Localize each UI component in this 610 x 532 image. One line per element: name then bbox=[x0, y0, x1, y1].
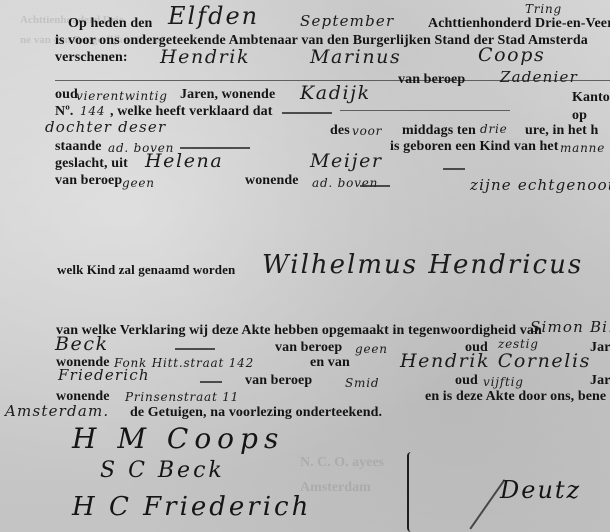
fill-dash bbox=[180, 147, 250, 149]
handwritten-note-right: zijne echtgenoote bbox=[470, 176, 610, 194]
handwritten-witness2-occupation: Smid bbox=[345, 376, 379, 390]
handwritten-house-number: 144 bbox=[80, 104, 105, 118]
handwritten-hour: drie bbox=[480, 122, 508, 136]
printed-staande: staande bbox=[55, 139, 102, 155]
handwritten-father-address: Kadijk bbox=[300, 82, 371, 104]
printed-wonende-2: wonende bbox=[245, 173, 299, 189]
handwritten-father-first-name: Hendrik bbox=[160, 46, 250, 68]
handwritten-witness1-occupation: geen bbox=[355, 342, 388, 356]
fill-dash bbox=[200, 381, 222, 383]
handwritten-witness2-address: Prinsenstraat 11 bbox=[125, 390, 239, 404]
fill-dash bbox=[282, 112, 332, 114]
printed-kanton: Kanton bbox=[572, 90, 610, 106]
handwritten-witness1-age: zestig bbox=[498, 337, 539, 351]
handwritten-closing-note: Amsterdam. bbox=[5, 402, 109, 420]
printed-year: Achttienhonderd Drie-en-Veer bbox=[428, 16, 610, 32]
printed-geboren: is geboren een Kind van het bbox=[390, 139, 559, 155]
handwritten-mother-first-name: Helena bbox=[145, 150, 223, 172]
printed-kind-naam: welk Kind zal genaamd worden bbox=[57, 262, 235, 278]
printed-van-beroep-3: van beroep bbox=[275, 340, 342, 356]
signature-official: Deutz bbox=[500, 476, 581, 504]
handwritten-witness2-name: Hendrik Cornelis bbox=[400, 350, 591, 372]
bleed-through-text: N. C. O. ayees bbox=[300, 455, 384, 471]
printed-van-beroep-2: van beroep bbox=[55, 173, 122, 189]
printed-verschenen: verschenen: bbox=[55, 50, 128, 66]
fill-dash bbox=[443, 168, 465, 170]
printed-akte-door-ons: en is deze Akte door ons, bene bbox=[425, 389, 606, 405]
fill-dash bbox=[360, 185, 390, 187]
handwritten-father-last-name: Coops bbox=[478, 44, 545, 66]
handwritten-mother-occupation: geen bbox=[122, 176, 155, 190]
printed-oud-1: oud bbox=[55, 87, 78, 103]
printed-van-beroep-1: van beroep bbox=[398, 72, 465, 88]
signature-witness1: S C Beck bbox=[100, 458, 225, 483]
printed-middags-ten: middags ten bbox=[402, 123, 476, 139]
printed-ure: ure, in het h bbox=[525, 123, 598, 139]
handwritten-year-suffix: Tring bbox=[525, 2, 562, 16]
signature-father: H M Coops bbox=[72, 422, 284, 455]
document-scan: Achttienhonderd Drie ne van den Burgerli… bbox=[0, 0, 610, 532]
printed-verklaring: van welke Verklaring wij deze Akte hebbe… bbox=[56, 323, 542, 339]
printed-jar-4: Jar bbox=[590, 373, 610, 389]
printed-jar-3: Jar bbox=[590, 340, 610, 356]
fill-dash bbox=[175, 348, 215, 350]
handwritten-gender: manne bbox=[560, 141, 605, 155]
handwritten-mother-ref: dochter deser bbox=[45, 118, 166, 136]
handwritten-mother-last-name: Meijer bbox=[310, 150, 383, 172]
handwritten-father-middle-name: Marinus bbox=[310, 46, 401, 68]
handwritten-witness1-name: Simon Bi... bbox=[530, 318, 610, 336]
printed-jaren-wonende: Jaren, wonende bbox=[180, 87, 275, 103]
handwritten-day: Elfden bbox=[168, 2, 259, 30]
handwritten-day-part: voor bbox=[352, 124, 382, 138]
handwritten-child-name: Wilhelmus Hendricus bbox=[262, 250, 583, 280]
handwritten-father-age: vierentwintig bbox=[76, 89, 168, 103]
handwritten-witness1-surname: Beck bbox=[55, 333, 109, 355]
printed-van-beroep-4: van beroep bbox=[245, 373, 312, 389]
printed-op: op bbox=[572, 108, 587, 124]
printed-op-heden-den: Op heden den bbox=[68, 16, 152, 32]
printed-geslacht-uit: geslacht, uit bbox=[55, 156, 128, 172]
handwritten-father-occupation: Zadenier bbox=[500, 68, 578, 86]
printed-en-van: en van bbox=[310, 355, 350, 371]
printed-oud-4: oud bbox=[455, 373, 478, 389]
handwritten-month: September bbox=[300, 12, 394, 30]
handwritten-mother-address: ad. boven bbox=[312, 176, 378, 190]
blank-rule-line bbox=[340, 110, 510, 111]
handwritten-witness2-surname: Friederich bbox=[58, 366, 150, 384]
printed-getuigen: de Getuigen, na voorlezing onderteekend. bbox=[130, 405, 382, 421]
handwritten-witness2-age: vijftig bbox=[483, 375, 524, 389]
signature-brace bbox=[407, 452, 419, 532]
signature-witness2: H C Friederich bbox=[72, 492, 311, 522]
printed-des: des bbox=[330, 123, 350, 139]
signature-official-stroke bbox=[469, 479, 505, 529]
